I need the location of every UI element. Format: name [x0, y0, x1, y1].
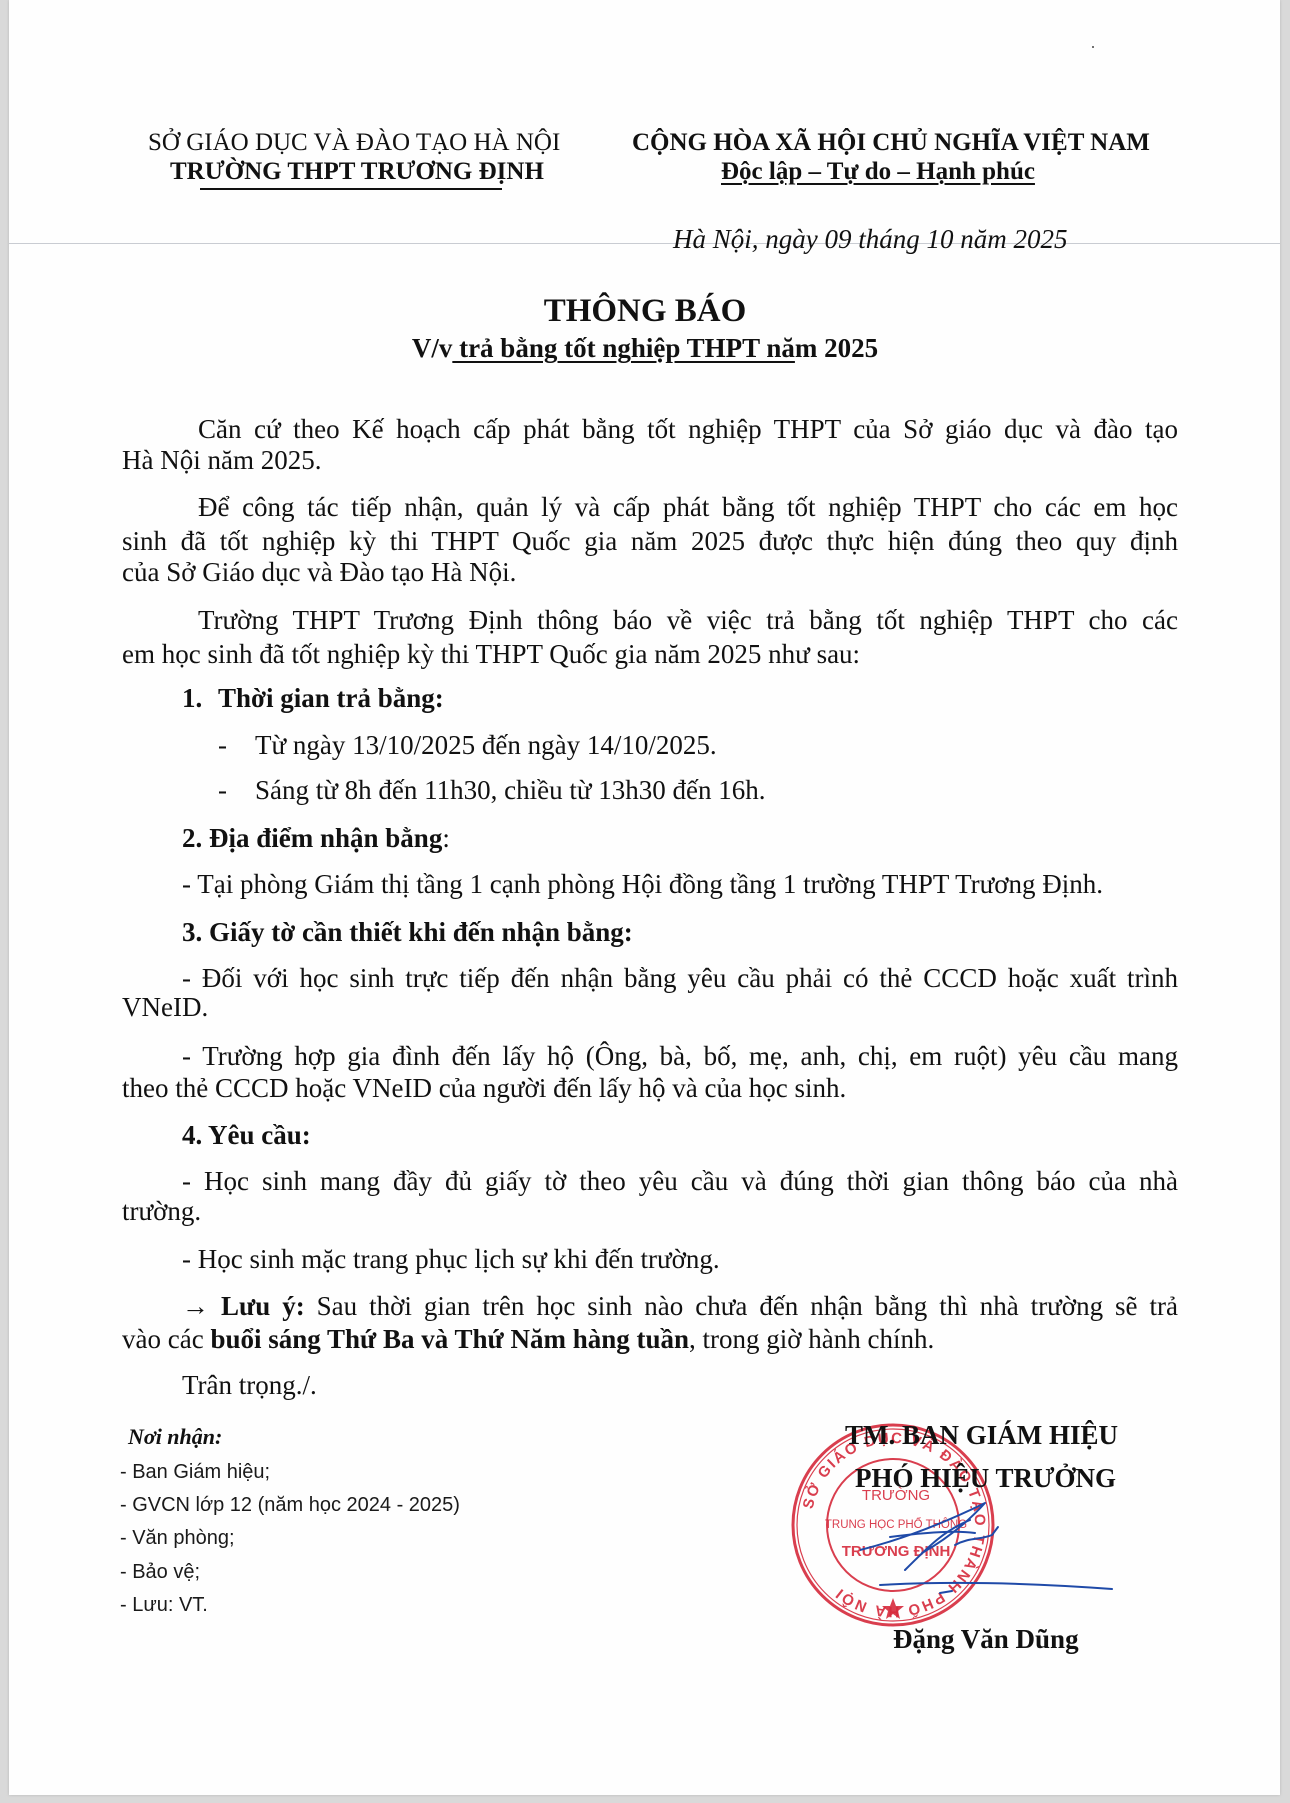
section4-p1-line2: trường.	[122, 1196, 201, 1227]
signature-title-line2: PHÓ HIỆU TRƯỞNG	[855, 1463, 1116, 1494]
section1-heading: Thời gian trả bằng:	[218, 683, 444, 714]
note-text: Sau thời gian trên học sinh nào chưa đến…	[305, 1291, 1178, 1321]
para2-line3: của Sở Giáo dục và Đào tạo Hà Nội.	[122, 557, 516, 588]
section1-number: 1.	[182, 683, 202, 714]
section2-heading-text: 2. Địa điểm nhận bằng	[182, 823, 442, 853]
note-line2-prefix: vào các	[122, 1324, 210, 1354]
header-school-underline	[200, 188, 502, 190]
document-subtitle: V/v trả bằng tốt nghiệp THPT năm 2025	[0, 333, 1290, 364]
recipient-item: - GVCN lớp 12 (năm học 2024 - 2025)	[120, 1493, 460, 1517]
header-motto: Độc lập – Tự do – Hạnh phúc	[721, 158, 1035, 186]
note-line2: vào các buổi sáng Thứ Ba và Thứ Năm hàng…	[122, 1324, 934, 1355]
section2-location: - Tại phòng Giám thị tầng 1 cạnh phòng H…	[182, 869, 1103, 900]
document-title: THÔNG BÁO	[0, 292, 1290, 330]
recipient-item: - Văn phòng;	[120, 1526, 235, 1550]
section4-p1-line1: - Học sinh mang đầy đủ giấy tờ theo yêu …	[182, 1166, 1178, 1197]
para3-line2: em học sinh đã tốt nghiệp kỳ thi THPT Qu…	[122, 639, 860, 670]
subtitle-underlined: trả bằng tốt nghiệp THPT nă	[452, 333, 795, 363]
note-arrow-icon: →	[182, 1291, 209, 1321]
recipients-title: Nơi nhận:	[128, 1424, 222, 1450]
section4-heading: 4. Yêu cầu:	[182, 1120, 311, 1151]
subtitle-prefix: V/v	[412, 333, 453, 363]
header-country: CỘNG HÒA XÃ HỘI CHỦ NGHĨA VIỆT NAM	[632, 129, 1150, 157]
section2-heading-colon: :	[442, 823, 450, 853]
section3-p2-line1: - Trường hợp gia đình đến lấy hộ (Ông, b…	[182, 1041, 1178, 1072]
note-label: Lưu ý:	[221, 1291, 305, 1321]
scan-speck	[1092, 46, 1094, 48]
section3-heading: 3. Giấy tờ cần thiết khi đến nhận bằng:	[182, 917, 633, 948]
recipient-item: - Lưu: VT.	[120, 1593, 208, 1617]
para2-line2: sinh đã tốt nghiệp kỳ thi THPT Quốc gia …	[122, 526, 1178, 557]
para2-line1: Để công tác tiếp nhận, quản lý và cấp ph…	[198, 492, 1178, 523]
para1-line1: Căn cứ theo Kế hoạch cấp phát bằng tốt n…	[198, 414, 1178, 445]
signature-title-line1: TM. BAN GIÁM HIỆU	[845, 1420, 1118, 1451]
scan-artifact-line	[9, 243, 1280, 244]
subtitle-suffix: m 2025	[795, 333, 878, 363]
section1-bullet2-marker: -	[218, 775, 227, 806]
section1-bullet1-marker: -	[218, 730, 227, 761]
recipient-item: - Bảo vệ;	[120, 1560, 200, 1584]
header-school-text: TRƯỜNG THPT TRƯƠNG ĐỊNH	[170, 158, 544, 185]
para3-line1: Trường THPT Trương Định thông báo về việ…	[198, 605, 1178, 636]
section2-heading: 2. Địa điểm nhận bằng:	[182, 823, 450, 854]
note-line1: → Lưu ý: Sau thời gian trên học sinh nào…	[182, 1291, 1178, 1322]
section3-p1-line2: VNeID.	[122, 992, 208, 1023]
section3-p2-line2: theo thẻ CCCD hoặc VNeID của người đến l…	[122, 1073, 846, 1104]
section4-p2: - Học sinh mặc trang phục lịch sự khi đế…	[182, 1244, 720, 1275]
para1-line2: Hà Nội năm 2025.	[122, 445, 321, 476]
signer-name: Đặng Văn Dũng	[893, 1624, 1079, 1655]
header-school: TRƯỜNG THPT TRƯƠNG ĐỊNH	[170, 158, 544, 186]
section1-bullet2: Sáng từ 8h đến 11h30, chiều từ 13h30 đến…	[255, 775, 765, 806]
note-line2-suffix: , trong giờ hành chính.	[689, 1324, 934, 1354]
note-line2-emphasis: buổi sáng Thứ Ba và Thứ Năm hàng tuần	[210, 1324, 689, 1354]
document-date: Hà Nội, ngày 09 tháng 10 năm 2025	[673, 224, 1068, 255]
section3-p1-line1: - Đối với học sinh trực tiếp đến nhận bằ…	[182, 963, 1178, 994]
header-department: SỞ GIÁO DỤC VÀ ĐÀO TẠO HÀ NỘI	[148, 129, 560, 157]
section1-bullet1: Từ ngày 13/10/2025 đến ngày 14/10/2025.	[255, 730, 717, 761]
handwritten-signature	[860, 1495, 1120, 1605]
recipient-item: - Ban Giám hiệu;	[120, 1460, 270, 1484]
closing: Trân trọng./.	[182, 1370, 317, 1401]
